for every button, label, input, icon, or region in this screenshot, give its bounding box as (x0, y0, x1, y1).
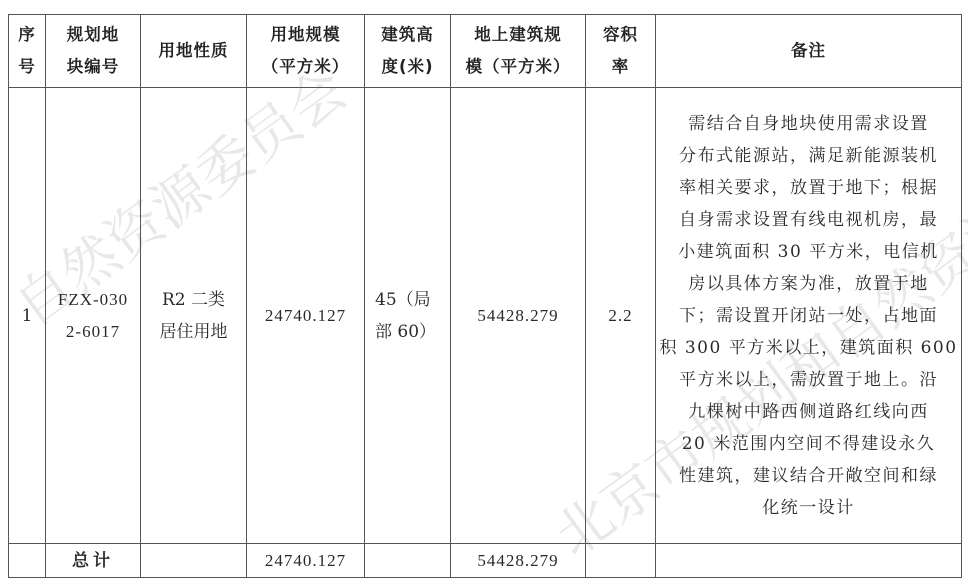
header-height: 建筑高度(米) (365, 15, 451, 88)
header-index: 序号 (9, 15, 46, 88)
total-row: 总计 24740.127 54428.279 (9, 544, 962, 578)
total-land-area: 24740.127 (247, 544, 365, 578)
cell-far: 2.2 (586, 88, 656, 544)
header-row: 序号 规划地块编号 用地性质 用地规模（平方米） 建筑高度(米) 地上建筑规模（… (9, 15, 962, 88)
cell-index: 1 (9, 88, 46, 544)
header-far: 容积率 (586, 15, 656, 88)
header-land-use: 用地性质 (141, 15, 247, 88)
total-label: 总计 (46, 544, 141, 578)
header-land-area: 用地规模（平方米） (247, 15, 365, 88)
total-remark (656, 544, 962, 578)
cell-parcel-id: FZX-0302-6017 (46, 88, 141, 544)
cell-land-area: 24740.127 (247, 88, 365, 544)
total-far (586, 544, 656, 578)
total-above-ground-area: 54428.279 (451, 544, 586, 578)
header-remark: 备注 (656, 15, 962, 88)
cell-height: 45（局部 60） (365, 88, 451, 544)
header-above-ground-area: 地上建筑规模（平方米） (451, 15, 586, 88)
cell-remark: 需结合自身地块使用需求设置 分布式能源站，满足新能源装机 率相关要求，放置于地下… (656, 88, 962, 544)
cell-above-ground-area: 54428.279 (451, 88, 586, 544)
cell-land-use: R2 二类居住用地 (141, 88, 247, 544)
total-index (9, 544, 46, 578)
table-row: 1 FZX-0302-6017 R2 二类居住用地 24740.127 45（局… (9, 88, 962, 544)
land-plan-table: 序号 规划地块编号 用地性质 用地规模（平方米） 建筑高度(米) 地上建筑规模（… (8, 14, 962, 578)
total-land-use (141, 544, 247, 578)
header-parcel-id: 规划地块编号 (46, 15, 141, 88)
total-height (365, 544, 451, 578)
